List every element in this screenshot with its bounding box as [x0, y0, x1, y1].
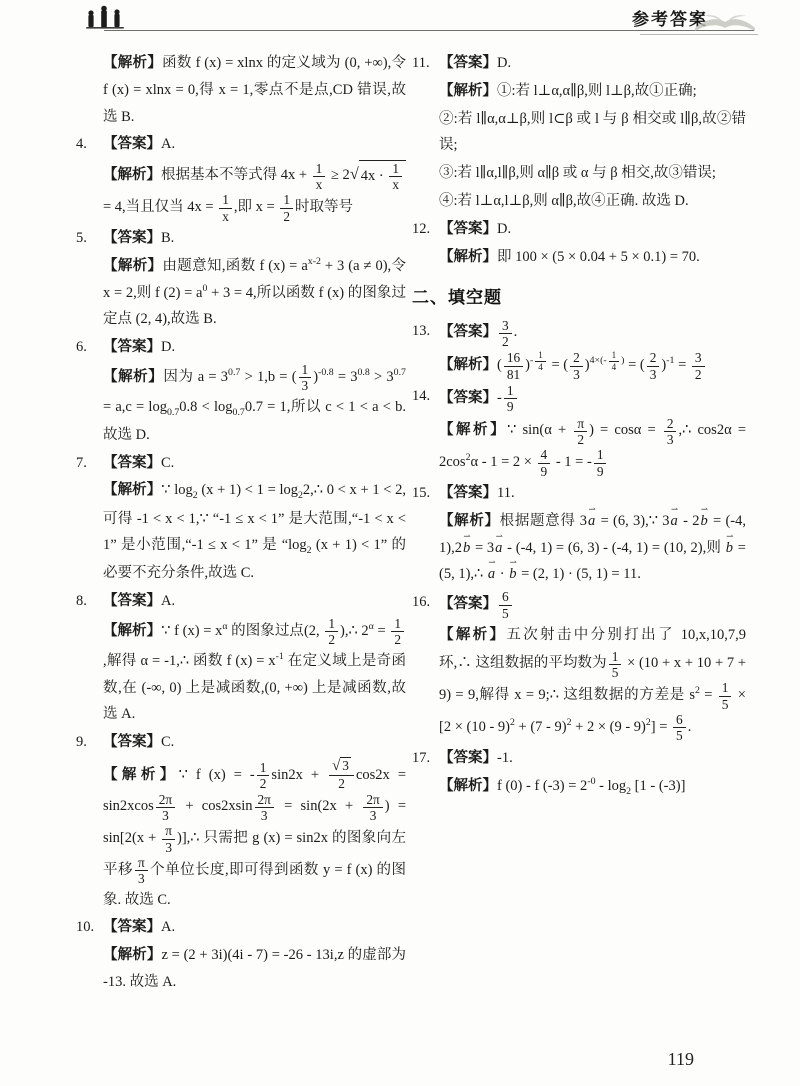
analysis-paragraph: ③:若 l∥α,l∥β,则 α∥β 或 α 与 β 相交,故③错误; [412, 160, 746, 187]
item-text: 【解析】因为 a = 30.7 > 1,b = (13)-0.8 = 30.8 … [103, 369, 406, 443]
open-book-icon [692, 8, 758, 36]
answer-line: 8.【答案】A. [76, 588, 406, 615]
item-text: 【答案】11. [439, 485, 515, 501]
item-number: 15. [412, 480, 430, 507]
item-text: 【答案】32. [439, 324, 517, 340]
analysis-paragraph: ④:若 l⊥α,l⊥β,则 α∥β,故④正确. 故选 D. [412, 188, 746, 215]
item-text: 【答案】65 [439, 596, 514, 612]
item-text: 【答案】B. [103, 230, 174, 246]
analysis-paragraph: 【解析】∵ f (x) = -12sin2x + √32cos2x = sin2… [76, 757, 406, 913]
item-text: 【解析】z = (2 + 3i)(4i - 7) = -26 - 13i,z 的… [103, 947, 406, 990]
analysis-paragraph: 【解析】(1681)-14 = (23)4×(-14) = (23)-1 = 3… [412, 350, 746, 382]
item-text: 【解析】∵ f (x) = -12sin2x + √32cos2x = sin2… [103, 767, 406, 908]
answer-line: 17.【答案】-1. [412, 745, 746, 772]
answer-line: 13.【答案】32. [412, 318, 746, 350]
item-text: 【解析】根据题意得 3a = (6, 3),∵ 3a - 2b = (-4, 1… [439, 513, 746, 583]
analysis-paragraph: 【解析】z = (2 + 3i)(4i - 7) = -26 - 13i,z 的… [76, 942, 406, 996]
item-text: 【解析】(1681)-14 = (23)4×(-14) = (23)-1 = 3… [439, 357, 707, 373]
item-number: 16. [412, 589, 430, 616]
analysis-paragraph: 【解析】五次射击中分别打出了 10,x,10,7,9 环,∴ 这组数据的平均数为… [412, 622, 746, 744]
analysis-paragraph: 【解析】∵ sin(α + π2) = cosα = 23,∴ cos2α = … [412, 416, 746, 479]
item-text: 【答案】C. [103, 455, 174, 471]
analysis-paragraph: ②:若 l∥α,α⊥β,则 l⊂β 或 l 与 β 相交或 l∥β,故②错误; [412, 106, 746, 160]
right-column: 11.【答案】D.【解析】①:若 l⊥α,α∥β,则 l⊥β,故①正确;②:若 … [412, 50, 746, 802]
analysis-paragraph: 【解析】根据题意得 3a = (6, 3),∵ 3a - 2b = (-4, 1… [412, 508, 746, 588]
item-number: 12. [412, 216, 430, 243]
answer-line: 11.【答案】D. [412, 50, 746, 77]
item-text: 【答案】A. [103, 919, 175, 935]
item-text: 【解析】①:若 l⊥α,α∥β,则 l⊥β,故①正确; [439, 83, 697, 99]
analysis-paragraph: 【解析】即 100 × (5 × 0.04 + 5 × 0.1) = 70. [412, 244, 746, 271]
analysis-paragraph: 【解析】函数 f (x) = xlnx 的定义域为 (0, +∞),令 f (x… [76, 50, 406, 130]
answer-line: 12.【答案】D. [412, 216, 746, 243]
item-number: 7. [76, 450, 87, 477]
answer-line: 4.【答案】A. [76, 131, 406, 158]
answer-line: 10.【答案】A. [76, 914, 406, 941]
item-text: 【解析】五次射击中分别打出了 10,x,10,7,9 环,∴ 这组数据的平均数为… [439, 627, 746, 735]
item-text: 【答案】A. [103, 136, 175, 152]
item-text: 【解析】根据基本不等式得 4x + 1x ≥ 2√4x · 1x = 4,当且仅… [103, 167, 406, 215]
answer-line: 9.【答案】C. [76, 729, 406, 756]
analysis-paragraph: 【解析】根据基本不等式得 4x + 1x ≥ 2√4x · 1x = 4,当且仅… [76, 159, 406, 224]
item-number: 10. [76, 914, 94, 941]
item-text: 【解析】即 100 × (5 × 0.04 + 5 × 0.1) = 70. [439, 249, 700, 265]
item-number: 17. [412, 745, 430, 772]
item-text: 【答案】D. [103, 339, 175, 355]
answer-line: 15.【答案】11. [412, 480, 746, 507]
item-text: ②:若 l∥α,α⊥β,则 l⊂β 或 l 与 β 相交或 l∥β,故②错误; [439, 111, 746, 154]
item-text: 【答案】-1. [439, 750, 513, 766]
item-text: ③:若 l∥α,l∥β,则 α∥β 或 α 与 β 相交,故③错误; [439, 165, 716, 181]
section-heading: 二、填空题 [412, 283, 746, 308]
item-number: 8. [76, 588, 87, 615]
item-number: 13. [412, 318, 430, 345]
answer-line: 16.【答案】65 [412, 589, 746, 621]
item-number: 4. [76, 131, 87, 158]
header-rule [104, 30, 754, 31]
analysis-paragraph: 【解析】∵ log2 (x + 1) < 1 = log22,∴ 0 < x +… [76, 477, 406, 587]
item-text: 【答案】D. [439, 221, 511, 237]
item-text: 【解析】由题意知,函数 f (x) = ax-2 + 3 (a ≠ 0),令 x… [103, 258, 406, 328]
answer-key-page: 参考答案 【解析】函数 f (x) = xlnx 的定义域为 (0, +∞),令… [0, 0, 800, 1086]
item-text: 【答案】D. [439, 55, 511, 71]
item-text: 【答案】A. [103, 593, 175, 609]
answer-line: 7.【答案】C. [76, 450, 406, 477]
item-text: 【答案】C. [103, 734, 174, 750]
item-number: 11. [412, 50, 430, 77]
analysis-paragraph: 【解析】由题意知,函数 f (x) = ax-2 + 3 (a ≠ 0),令 x… [76, 253, 406, 333]
analysis-paragraph: 【解析】∵ f (x) = xα 的图象过点(2, 12),∴ 2α = 12,… [76, 616, 406, 728]
left-column: 【解析】函数 f (x) = xlnx 的定义域为 (0, +∞),令 f (x… [76, 50, 406, 997]
item-text: 【解析】∵ sin(α + π2) = cosα = 23,∴ cos2α = … [439, 422, 746, 470]
item-text: 【解析】函数 f (x) = xlnx 的定义域为 (0, +∞),令 f (x… [103, 55, 406, 125]
analysis-paragraph: 【解析】f (0) - f (-3) = 2-0 - log2 [1 - (-3… [412, 773, 746, 801]
answer-line: 5.【答案】B. [76, 225, 406, 252]
item-text: 【答案】-19 [439, 390, 519, 406]
analysis-paragraph: 【解析】①:若 l⊥α,α∥β,则 l⊥β,故①正确; [412, 78, 746, 105]
answer-line: 14.【答案】-19 [412, 383, 746, 415]
item-text: 【解析】f (0) - f (-3) = 2-0 - log2 [1 - (-3… [439, 778, 685, 794]
item-number: 5. [76, 225, 87, 252]
item-text: 【解析】∵ log2 (x + 1) < 1 = log22,∴ 0 < x +… [103, 482, 406, 581]
analysis-paragraph: 【解析】因为 a = 30.7 > 1,b = (13)-0.8 = 30.8 … [76, 362, 406, 449]
item-text: 【解析】∵ f (x) = xα 的图象过点(2, 12),∴ 2α = 12,… [103, 623, 406, 723]
item-number: 9. [76, 729, 87, 756]
item-number: 14. [412, 383, 430, 410]
item-text: ④:若 l⊥α,l⊥β,则 α∥β,故④正确. 故选 D. [439, 193, 689, 209]
item-number: 6. [76, 334, 87, 361]
answer-line: 6.【答案】D. [76, 334, 406, 361]
page-number: 119 [668, 1049, 694, 1070]
